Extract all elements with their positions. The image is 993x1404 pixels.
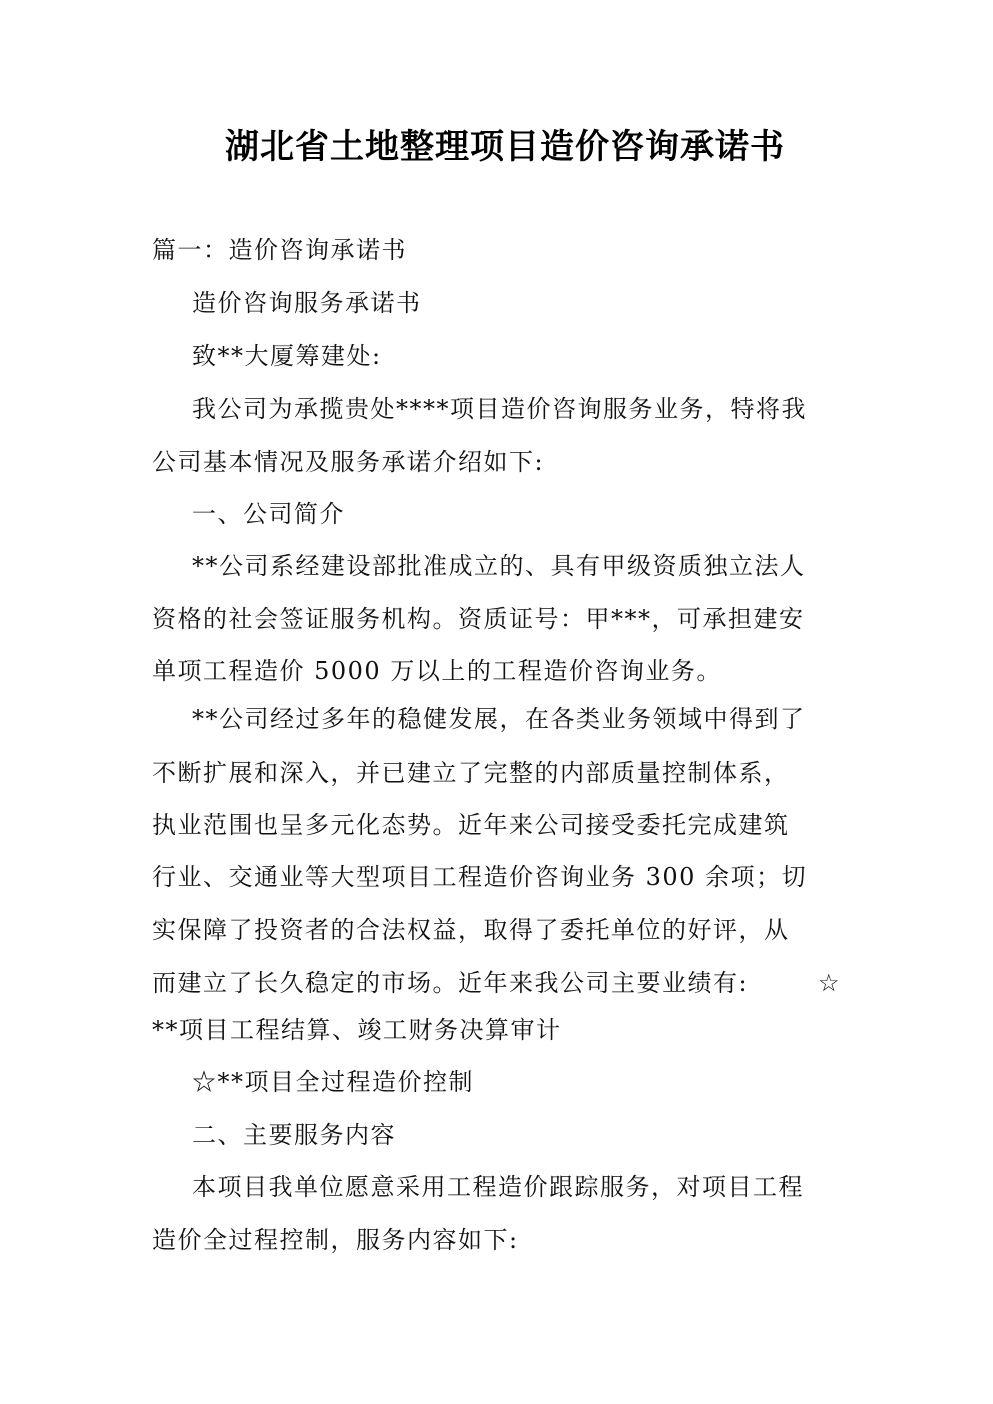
salutation: 致**大厦筹建处: bbox=[192, 340, 382, 372]
paragraph-line: 执业范围也呈多元化态势。近年来公司接受委托完成建筑 bbox=[152, 809, 790, 841]
paragraph-line: **公司系经建设部批准成立的、具有甲级资质独立法人 bbox=[192, 550, 806, 582]
document-title: 湖北省土地整理项目造价咨询承诺书 bbox=[0, 125, 993, 169]
achievement-item: **项目工程结算、竣工财务决算审计 bbox=[152, 1014, 562, 1046]
paragraph-line: 资格的社会签证服务机构。资质证号：甲***，可承担建安 bbox=[152, 603, 805, 635]
paragraph-line: 造价全过程控制，服务内容如下: bbox=[152, 1224, 519, 1256]
paragraph-line: 我公司为承揽贵处****项目造价咨询服务业务，特将我 bbox=[192, 393, 807, 425]
paragraph-line: 不断扩展和深入，并已建立了完整的内部质量控制体系， bbox=[152, 757, 790, 789]
section-heading-main-services: 二、主要服务内容 bbox=[192, 1119, 396, 1151]
chapter-heading: 篇一：造价咨询承诺书 bbox=[152, 234, 407, 266]
document-page: 湖北省土地整理项目造价咨询承诺书 篇一：造价咨询承诺书 造价咨询服务承诺书 致*… bbox=[0, 0, 993, 1404]
star-bullet-icon: ☆ bbox=[818, 967, 840, 999]
paragraph-line: 本项目我单位愿意采用工程造价跟踪服务，对项目工程 bbox=[192, 1171, 804, 1203]
achievement-item: ☆**项目全过程造价控制 bbox=[192, 1066, 474, 1098]
section-heading-company-intro: 一、公司简介 bbox=[192, 498, 345, 530]
paragraph-line: **公司经过多年的稳健发展，在各类业务领域中得到了 bbox=[192, 703, 806, 735]
paragraph-line: 公司基本情况及服务承诺介绍如下: bbox=[152, 446, 544, 478]
section-subtitle: 造价咨询服务承诺书 bbox=[192, 287, 422, 319]
paragraph-line: 单项工程造价 5000 万以上的工程造价咨询业务。 bbox=[152, 655, 722, 687]
paragraph-line: 实保障了投资者的合法权益，取得了委托单位的好评，从 bbox=[152, 914, 790, 946]
paragraph-line: 而建立了长久稳定的市场。近年来我公司主要业绩有: bbox=[152, 967, 748, 999]
paragraph-line: 行业、交通业等大型项目工程造价咨询业务 300 余项；切 bbox=[152, 861, 807, 893]
